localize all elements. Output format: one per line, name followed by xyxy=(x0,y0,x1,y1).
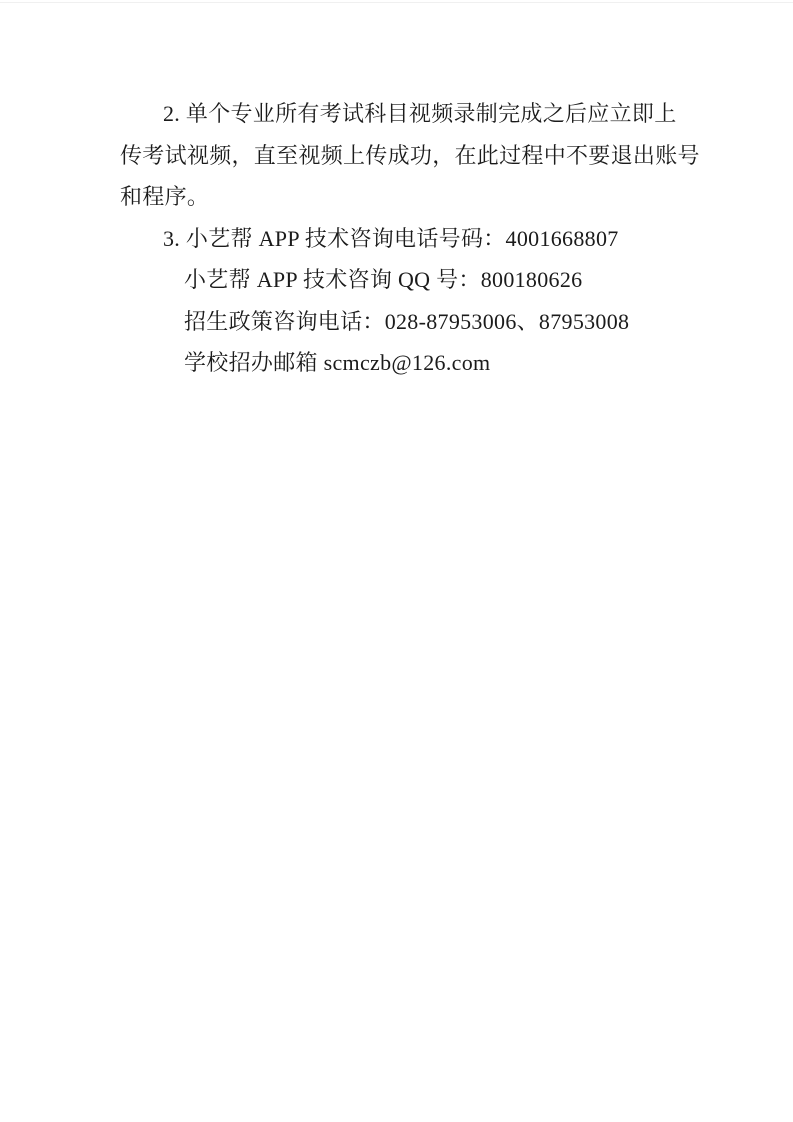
paragraph-upload-line-3: 和程序。 xyxy=(120,176,680,218)
paragraph-upload-line-2: 传考试视频，直至视频上传成功，在此过程中不要退出账号 xyxy=(120,135,680,177)
contact-line-app-qq: 小艺帮 APP 技术咨询 QQ 号：800180626 xyxy=(120,259,680,301)
document-page: 2. 单个专业所有考试科目视频录制完成之后应立即上 传考试视频，直至视频上传成功… xyxy=(0,0,793,1122)
document-body: 2. 单个专业所有考试科目视频录制完成之后应立即上 传考试视频，直至视频上传成功… xyxy=(120,93,680,384)
paragraph-upload-line-1: 2. 单个专业所有考试科目视频录制完成之后应立即上 xyxy=(120,93,680,135)
contact-line-admission-phones: 招生政策咨询电话：028-87953006、87953008 xyxy=(120,301,680,343)
contact-line-app-phone: 3. 小艺帮 APP 技术咨询电话号码：4001668807 xyxy=(120,218,680,260)
contact-line-admission-email: 学校招办邮箱 scmczb@126.com xyxy=(120,342,680,384)
page-top-scan-line xyxy=(0,2,793,3)
